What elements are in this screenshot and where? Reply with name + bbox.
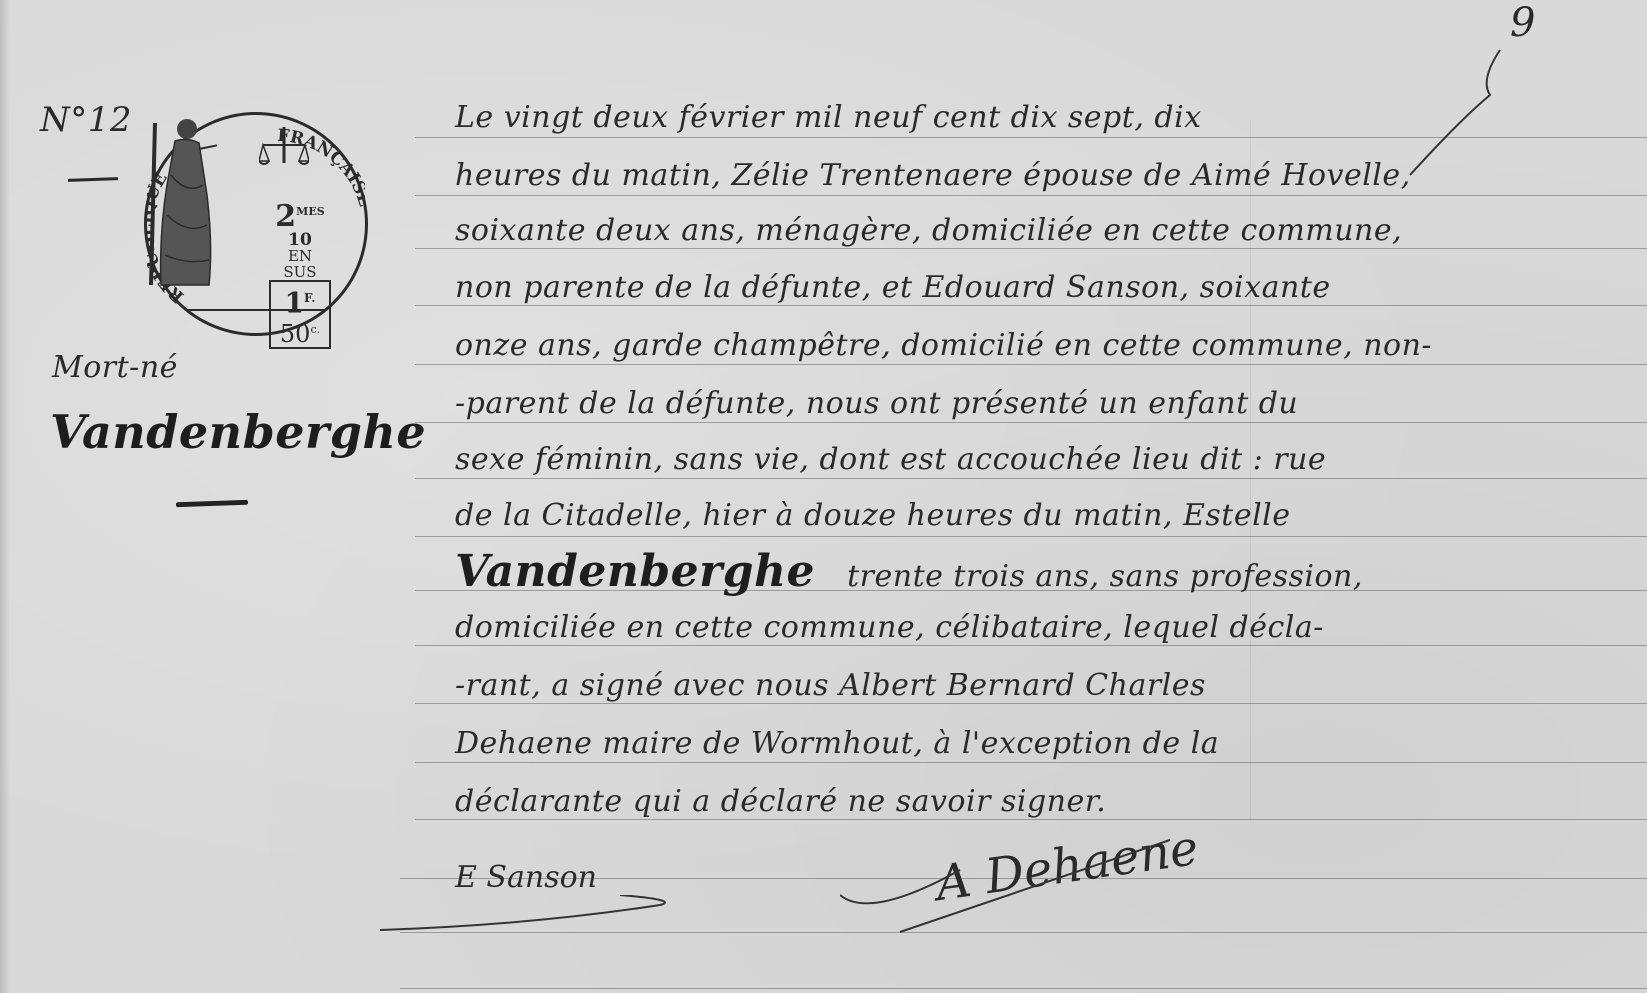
signature-witness: E Sanson xyxy=(455,860,597,895)
ruled-line xyxy=(415,703,1647,704)
marianne-figure-icon xyxy=(147,115,217,287)
body-line: Dehaene maire de Wormhout, à l'exception… xyxy=(455,726,1219,761)
ruled-line xyxy=(400,988,1647,989)
body-line: soixante deux ans, ménagère, domiciliée … xyxy=(455,213,1402,248)
ruled-line xyxy=(415,762,1647,763)
body-line: domiciliée en cette commune, célibataire… xyxy=(455,610,1324,645)
body-line: Le vingt deux février mil neuf cent dix … xyxy=(455,100,1202,135)
body-line: onze ans, garde champêtre, domicilié en … xyxy=(455,328,1432,363)
ruled-line xyxy=(415,305,1647,306)
ruled-line xyxy=(415,422,1647,423)
record-type-label: Mort-né xyxy=(52,350,178,385)
divider-dash xyxy=(68,177,118,182)
ruled-line xyxy=(415,478,1647,479)
ruled-line xyxy=(415,645,1647,646)
page-edge-shadow xyxy=(0,0,10,993)
revenue-stamp: REPUBLIQUE FRANÇAISE 2MES 10 EN SUS 1F. … xyxy=(144,112,368,336)
ruled-line xyxy=(415,248,1647,249)
body-line-with-surname: Vandenberghe trente trois ans, sans prof… xyxy=(455,546,1363,597)
body-line-text: trente trois ans, sans profession, xyxy=(847,559,1363,594)
ruled-line xyxy=(415,536,1647,537)
ruled-line xyxy=(415,364,1647,365)
body-line: -rant, a signé avec nous Albert Bernard … xyxy=(455,668,1206,703)
signature-flourish xyxy=(840,820,1220,940)
signature-underline xyxy=(380,895,700,935)
body-line: déclarante qui a déclaré ne savoir signe… xyxy=(455,784,1106,819)
corner-flourish: 9 xyxy=(1510,0,1536,46)
scales-of-justice-icon xyxy=(259,127,309,187)
inline-surname: Vandenberghe xyxy=(455,546,815,597)
body-line: sexe féminin, sans vie, dont est accouch… xyxy=(455,442,1326,477)
register-page: N°12 REPUBLIQUE FRANÇAISE 2MES xyxy=(0,0,1647,993)
divider-dash xyxy=(176,500,248,508)
ruled-line xyxy=(415,195,1647,196)
body-line: de la Citadelle, hier à douze heures du … xyxy=(455,498,1291,533)
body-line: -parent de la défunte, nous ont présenté… xyxy=(455,386,1298,421)
entry-number: N°12 xyxy=(40,100,132,140)
stamp-value: 2MES 10 EN SUS 1F. 50c. xyxy=(269,197,331,309)
body-line: non parente de la défunte, et Edouard Sa… xyxy=(455,270,1331,305)
body-line: heures du matin, Zélie Trentenaere épous… xyxy=(455,158,1411,193)
margin-surname: Vandenberghe xyxy=(50,405,426,459)
